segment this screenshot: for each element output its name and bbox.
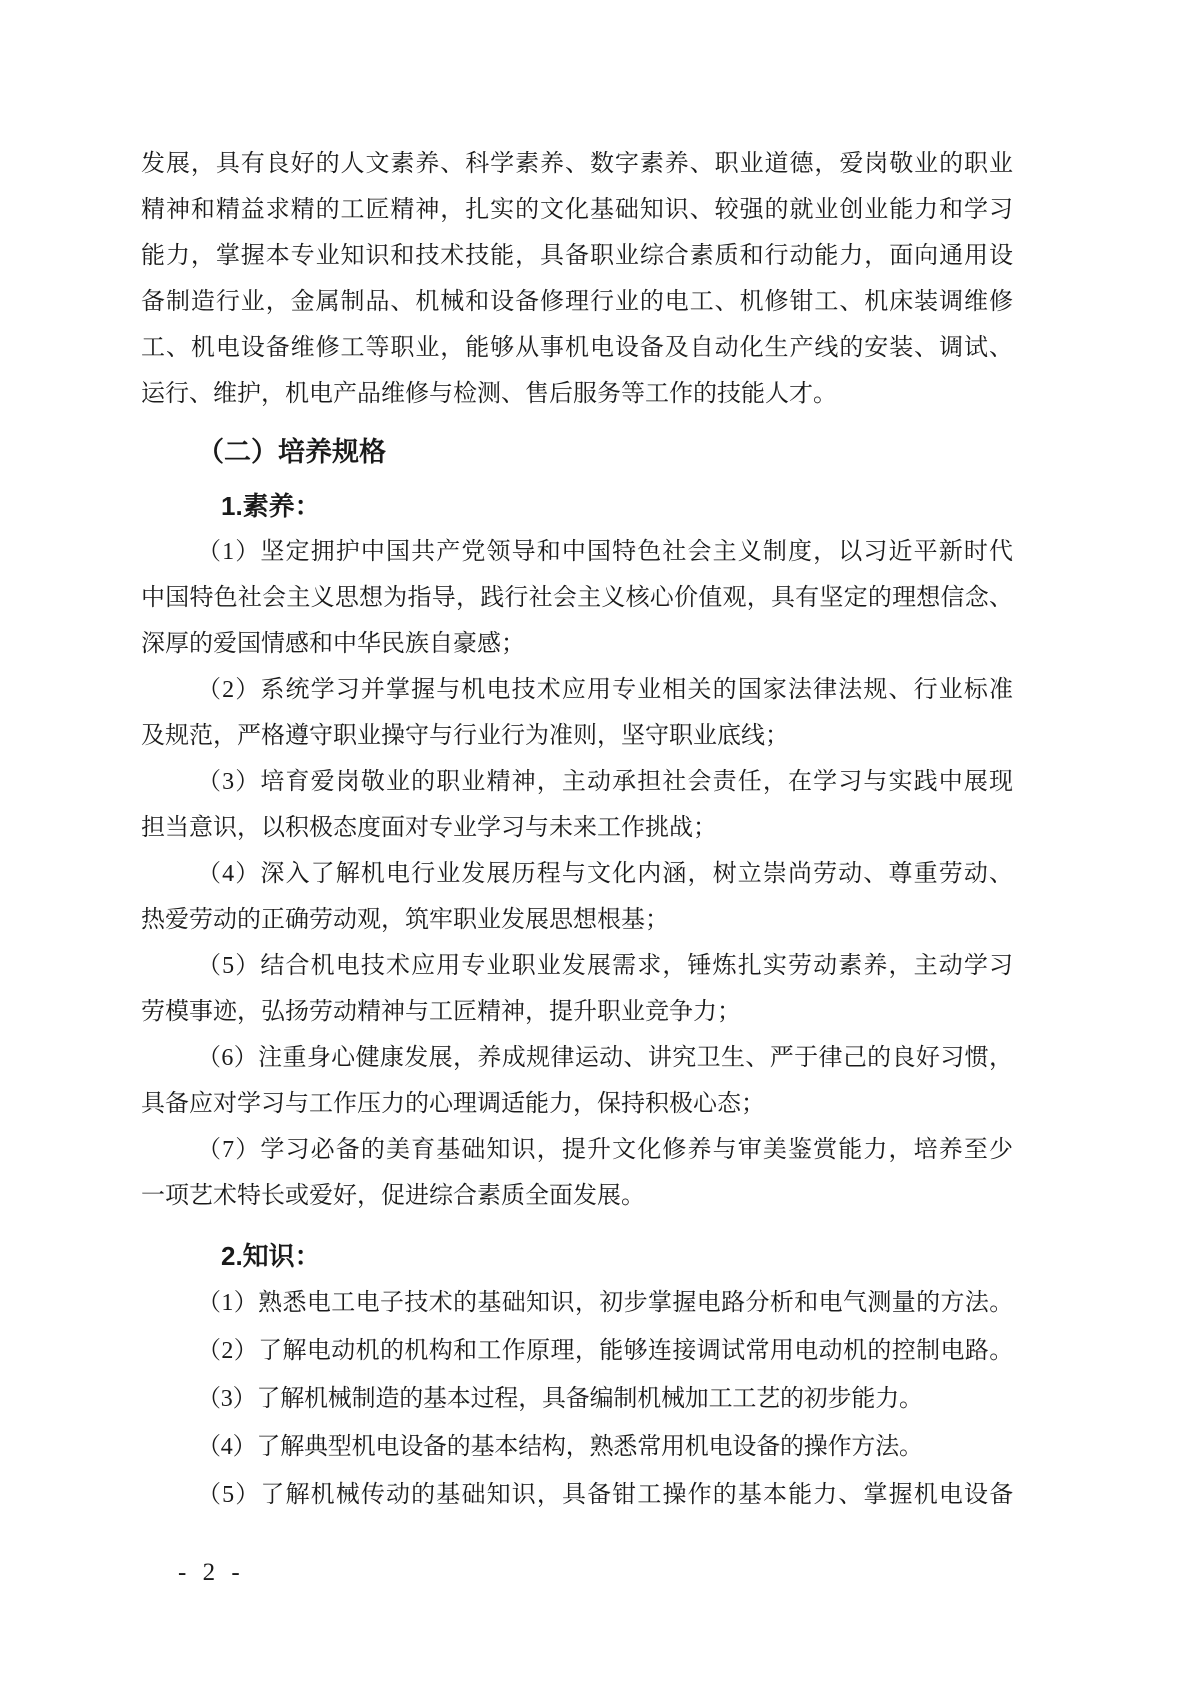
text-line: （7）学习必备的美育基础知识，提升文化修养与审美鉴赏能力，培养至少 (141, 1127, 1013, 1173)
text-line: 及规范，严格遵守职业操守与行业行为准则，坚守职业底线； (141, 713, 1013, 759)
text-line: 担当意识，以积极态度面对专业学习与未来工作挑战； (141, 805, 1013, 851)
page-number: - 2 - (178, 1558, 240, 1588)
text-line: 备制造行业，金属制品、机械和设备修理行业的电工、机修钳工、机床装调维修 (141, 279, 1013, 325)
text-line: 精神和精益求精的工匠精神，扎实的文化基础知识、较强的就业创业能力和学习 (141, 187, 1013, 233)
text-line: 深厚的爱国情感和中华民族自豪感； (141, 621, 1013, 667)
text-line: 工、机电设备维修工等职业，能够从事机电设备及自动化生产线的安装、调试、 (141, 325, 1013, 371)
text-line: 运行、维护，机电产品维修与检测、售后服务等工作的技能人才。 (141, 371, 1013, 417)
text-line: 一项艺术特长或爱好，促进综合素质全面发展。 (141, 1173, 1013, 1219)
text-line: （3）培育爱岗敬业的职业精神，主动承担社会责任，在学习与实践中展现 (141, 759, 1013, 805)
text-line: （1）坚定拥护中国共产党领导和中国特色社会主义制度，以习近平新时代 (141, 529, 1013, 575)
text-line: （2）了解电动机的机构和工作原理，能够连接调试常用电动机的控制电路。 (141, 1327, 1013, 1375)
text-line: 能力，掌握本专业知识和技术技能，具备职业综合素质和行动能力，面向通用设 (141, 233, 1013, 279)
document-page: 发展，具有良好的人文素养、科学素养、数字素养、职业道德，爱岗敬业的职业精神和精益… (0, 0, 1191, 1684)
subsection-heading: 1.素养： (141, 483, 1013, 529)
text-line: 热爱劳动的正确劳动观，筑牢职业发展思想根基； (141, 897, 1013, 943)
document-body: 发展，具有良好的人文素养、科学素养、数字素养、职业道德，爱岗敬业的职业精神和精益… (141, 0, 1013, 1519)
text-line: （4）了解典型机电设备的基本结构，熟悉常用机电设备的操作方法。 (141, 1423, 1013, 1471)
text-line: 发展，具有良好的人文素养、科学素养、数字素养、职业道德，爱岗敬业的职业 (141, 141, 1013, 187)
text-line: （3）了解机械制造的基本过程，具备编制机械加工工艺的初步能力。 (141, 1375, 1013, 1423)
text-line: 中国特色社会主义思想为指导，践行社会主义核心价值观，具有坚定的理想信念、 (141, 575, 1013, 621)
text-line: （1）熟悉电工电子技术的基础知识，初步掌握电路分析和电气测量的方法。 (141, 1279, 1013, 1327)
text-line: （2）系统学习并掌握与机电技术应用专业相关的国家法律法规、行业标准 (141, 667, 1013, 713)
text-line: （4）深入了解机电行业发展历程与文化内涵，树立崇尚劳动、尊重劳动、 (141, 851, 1013, 897)
text-line: 劳模事迹，弘扬劳动精神与工匠精神，提升职业竞争力； (141, 989, 1013, 1035)
text-line: 具备应对学习与工作压力的心理调适能力，保持积极心态； (141, 1081, 1013, 1127)
text-line: （6）注重身心健康发展，养成规律运动、讲究卫生、严于律己的良好习惯， (141, 1035, 1013, 1081)
text-line: （5）了解机械传动的基础知识，具备钳工操作的基本能力、掌握机电设备 (141, 1471, 1013, 1519)
section-heading: （二）培养规格 (141, 429, 1013, 475)
text-line: （5）结合机电技术应用专业职业发展需求，锤炼扎实劳动素养，主动学习 (141, 943, 1013, 989)
subsection-heading: 2.知识： (141, 1233, 1013, 1279)
